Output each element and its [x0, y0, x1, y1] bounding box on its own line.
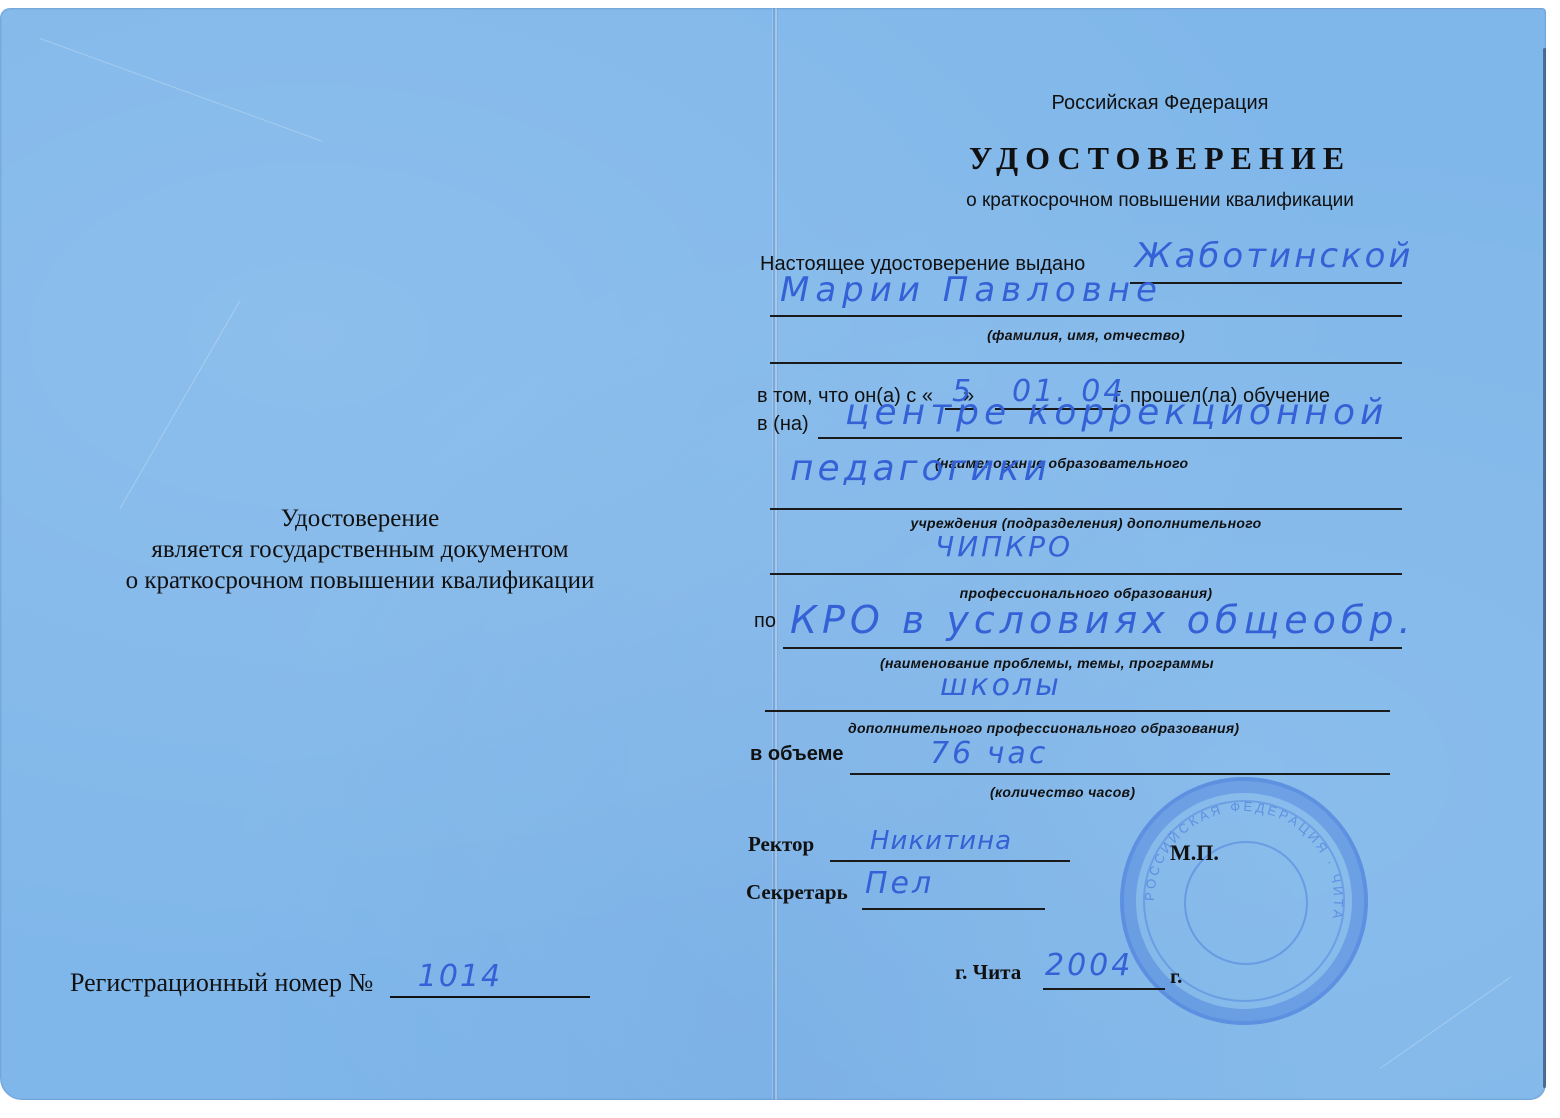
secretary-signature-line	[862, 908, 1045, 910]
registration-label: Регистрационный номер №	[70, 968, 373, 997]
statement-line: является государственным документом	[40, 534, 680, 565]
hint-institution-2: учреждения (подразделения) дополнительно…	[770, 515, 1402, 531]
issued-to-name: Марии Павловне	[780, 270, 1163, 310]
institution-line3: ЧИПКРО	[935, 530, 1073, 563]
blank-line	[770, 362, 1402, 364]
page-fold	[772, 8, 778, 1100]
registration-row: Регистрационный номер № 1014	[70, 968, 590, 998]
issued-to-surname: Жаботинской	[1135, 236, 1414, 276]
statement-line: Удостоверение	[40, 503, 680, 534]
rector-label: Ректор	[748, 832, 814, 857]
institution-line1: центре коррекционной	[845, 392, 1388, 433]
paper-crease	[40, 38, 322, 142]
volume-value: 76 час	[930, 736, 1048, 771]
hint-volume: (количество часов)	[990, 784, 1135, 800]
institution-line-3	[770, 573, 1402, 575]
issued-line	[1130, 282, 1402, 284]
volume-label: в объеме	[750, 743, 844, 766]
year-value: 2004	[1045, 948, 1133, 983]
country-name: Российская Федерация	[780, 92, 1540, 115]
paper-crease	[120, 300, 241, 508]
topic-line1: КРО в условиях общеобр.	[790, 598, 1416, 642]
topic-line-2	[765, 710, 1390, 712]
document-title: УДОСТОВЕРЕНИЕ	[780, 140, 1540, 177]
left-statement: Удостоверение является государственным д…	[40, 503, 680, 596]
statement-line: о краткосрочном повышении квалификации	[40, 565, 680, 596]
topic-line	[783, 647, 1402, 649]
seal-label: М.П.	[1170, 840, 1219, 866]
paper-edge	[1543, 48, 1546, 1088]
registration-number: 1014	[418, 959, 502, 994]
secretary-label: Секретарь	[746, 880, 848, 905]
secretary-signature: Пел	[865, 866, 934, 901]
hint-fio: (фамилия, имя, отчество)	[770, 327, 1402, 343]
year-line	[1043, 988, 1165, 990]
topic-label: по	[754, 610, 776, 633]
registration-field: 1014	[390, 970, 590, 998]
hint-topic-2: дополнительного профессионального образо…	[848, 720, 1239, 736]
volume-line	[850, 773, 1390, 775]
institution-line-2	[770, 508, 1402, 510]
institution-line2: педагогики	[790, 448, 1051, 489]
year-suffix: г.	[1170, 964, 1182, 989]
topic-line2: школы	[940, 668, 1062, 703]
institution-line	[818, 437, 1402, 439]
city-label: г. Чита	[955, 960, 1021, 985]
institution-label: в (на)	[757, 413, 809, 436]
paper-crease	[1380, 976, 1512, 1069]
rector-signature: Никитина	[870, 826, 1012, 856]
name-line	[770, 315, 1402, 317]
document-subtitle: о краткосрочном повышении квалификации	[780, 190, 1540, 212]
rector-signature-line	[830, 860, 1070, 862]
